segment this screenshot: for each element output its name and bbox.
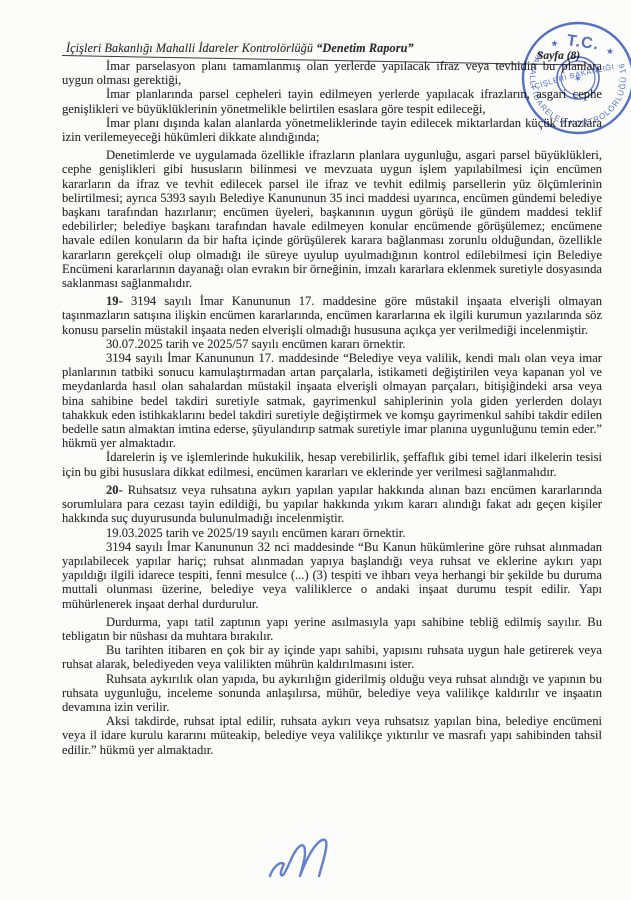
report-paragraph: Ruhsata aykırılık olan yapıda, bu aykırı…	[62, 672, 602, 715]
paragraph-text: Aksi takdirde, ruhsat iptal edilir, ruhs…	[62, 714, 602, 756]
report-paragraph: 19.03.2025 tarih ve 2025/19 sayılı encüm…	[62, 526, 602, 540]
paragraph-number: 19-	[106, 294, 123, 308]
report-header: İçişleri Bakanlığı Mahalli İdareler Kont…	[66, 41, 414, 56]
official-stamp: T.C. ★ ★ MAHALLİ İDARELER KONTROLÖRLÜĞÜ …	[503, 3, 631, 153]
paragraph-text: 19.03.2025 tarih ve 2025/19 sayılı encüm…	[106, 526, 405, 540]
report-paragraph: 3194 sayılı İmar Kanununun 32 nci maddes…	[62, 540, 602, 611]
paragraph-text: Denetimlerde ve uygulamada özellikle ifr…	[62, 148, 602, 290]
paragraph-text: Ruhsata aykırılık olan yapıda, bu aykırı…	[62, 672, 602, 714]
paragraph-text: 3194 sayılı İmar Kanununun 17. maddesine…	[62, 294, 602, 336]
report-paragraph: İdarelerin iş ve işlemlerinde hukukilik,…	[62, 450, 602, 478]
paragraph-text: 3194 sayılı İmar Kanununun 17. maddesind…	[62, 351, 602, 450]
paragraph-text: Bu tarihten itibaren en çok bir ay içind…	[62, 643, 602, 671]
report-paragraph: 30.07.2025 tarih ve 2025/57 sayılı encüm…	[62, 337, 602, 351]
report-paragraph: 19- 3194 sayılı İmar Kanununun 17. madde…	[62, 294, 602, 337]
paragraph-text: Ruhsatsız veya ruhsatına aykırı yapılan …	[62, 483, 602, 525]
stamp-inner-text: İÇİŞLERİ BAKANLIĞI	[529, 51, 616, 103]
report-header-emphasis: “Denetim Raporu”	[316, 41, 413, 55]
report-paragraph: Aksi takdirde, ruhsat iptal edilir, ruhs…	[62, 714, 602, 757]
document-body: İmar parselasyon planı tamamlanmış olan …	[62, 59, 602, 757]
stamp-star-left-icon: ★	[550, 38, 559, 49]
signature-scribble	[256, 820, 366, 890]
stamp-tc-text: T.C.	[566, 32, 601, 53]
svg-text:İÇİŞLERİ BAKANLIĞI: İÇİŞLERİ BAKANLIĞI	[529, 51, 616, 103]
report-paragraph: Durdurma, yapı tatil zaptının yapı yerin…	[62, 615, 602, 643]
report-paragraph: Denetimlerde ve uygulamada özellikle ifr…	[62, 148, 602, 290]
paragraph-text: Durdurma, yapı tatil zaptının yapı yerin…	[62, 615, 602, 643]
report-header-title: İçişleri Bakanlığı Mahalli İdareler Kont…	[66, 41, 313, 55]
document-page: İçişleri Bakanlığı Mahalli İdareler Kont…	[0, 0, 631, 900]
stamp-center-mark-icon: ✶	[573, 73, 583, 85]
paragraph-text: 3194 sayılı İmar Kanununun 32 nci maddes…	[62, 540, 602, 611]
report-paragraph: 3194 sayılı İmar Kanununun 17. maddesind…	[62, 351, 602, 450]
signature-ink-path	[270, 840, 326, 876]
paragraph-text: İdarelerin iş ve işlemlerinde hukukilik,…	[62, 450, 602, 478]
report-paragraph: Bu tarihten itibaren en çok bir ay içind…	[62, 643, 602, 671]
paragraph-text: 30.07.2025 tarih ve 2025/57 sayılı encüm…	[106, 337, 405, 351]
paragraph-number: 20-	[106, 483, 123, 497]
stamp-star-right-icon: ★	[605, 46, 614, 57]
report-paragraph: 20- Ruhsatsız veya ruhsatına aykırı yapı…	[62, 483, 602, 526]
